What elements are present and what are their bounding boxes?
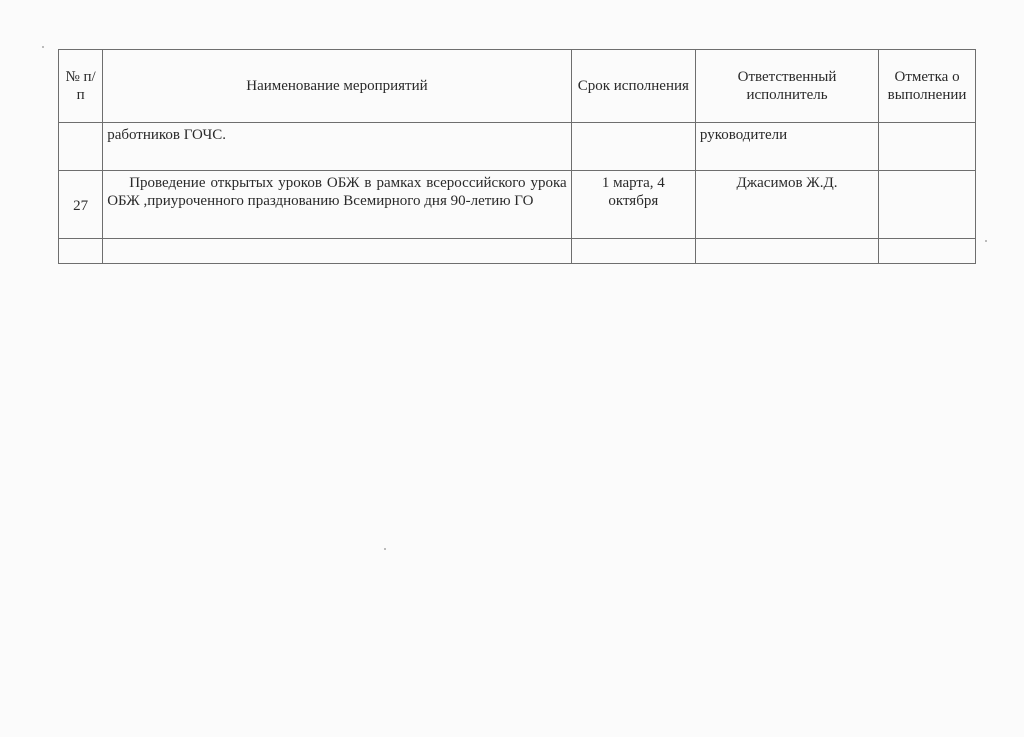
scan-speck [384,548,386,550]
header-completion-mark: Отметка о выполнении [879,50,976,123]
header-deadline: Срок исполнения [571,50,695,123]
cell-number: 27 [59,171,103,239]
cell-deadline: 1 марта, 4 октября [571,171,695,239]
header-number: № п/п [59,50,103,123]
table-header-row: № п/п Наименование мероприятий Срок испо… [59,50,976,123]
cell-number [59,123,103,171]
header-responsible: Ответственный исполнитель [695,50,878,123]
cell-event-name: работников ГОЧС. [103,123,572,171]
scan-speck [985,240,987,242]
cell-deadline [571,123,695,171]
cell-event-name: Проведение открытых уроков ОБЖ в рамках … [103,171,572,239]
scan-speck [42,46,44,48]
table-row: работников ГОЧС. руководители [59,123,976,171]
cell-event-name [103,239,572,264]
header-event-name: Наименование мероприятий [103,50,572,123]
cell-deadline [571,239,695,264]
cell-responsible: Джасимов Ж.Д. [695,171,878,239]
events-plan-table: № п/п Наименование мероприятий Срок испо… [58,49,976,264]
table-row: 27 Проведение открытых уроков ОБЖ в рамк… [59,171,976,239]
cell-completion-mark [879,123,976,171]
cell-responsible: руководители [695,123,878,171]
cell-completion-mark [879,171,976,239]
table-row [59,239,976,264]
cell-completion-mark [879,239,976,264]
cell-responsible [695,239,878,264]
cell-number [59,239,103,264]
